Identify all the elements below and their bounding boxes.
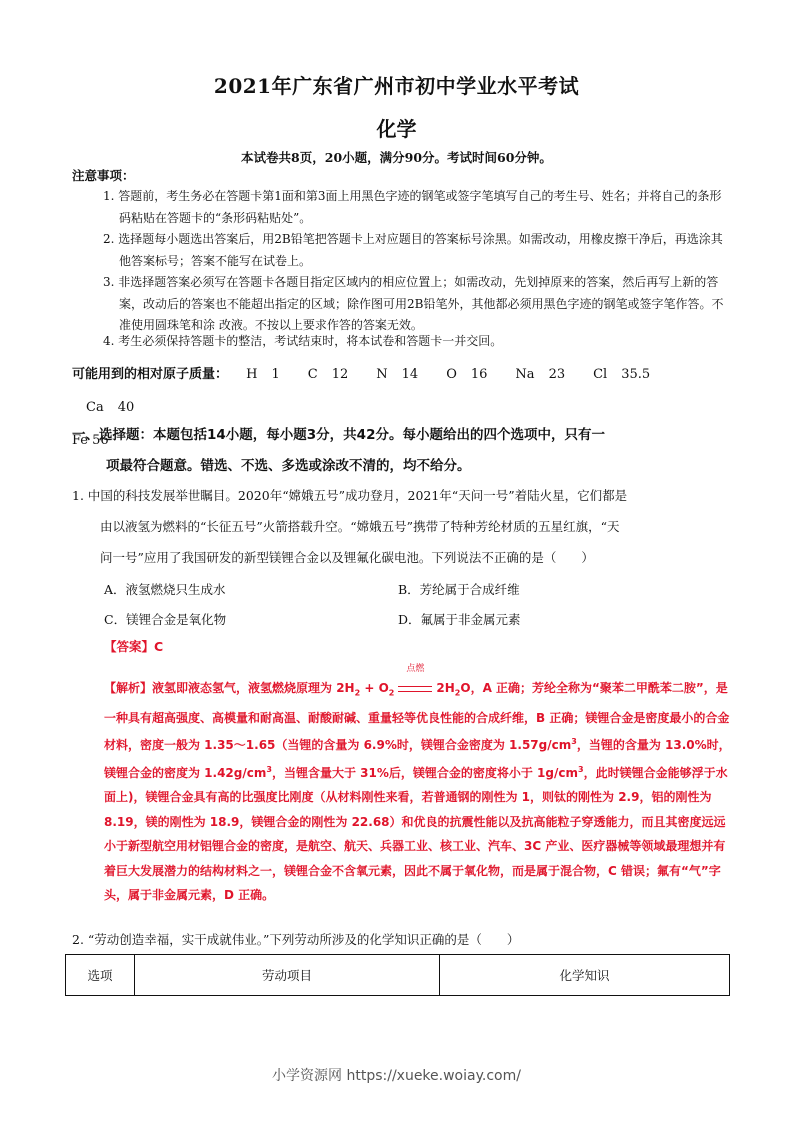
table-header-row: 选项 劳动项目 化学知识 [66,955,730,996]
reaction-condition: 点燃 [398,676,432,701]
atomic-pair: Na23 [515,358,579,391]
atomic-pair: Cl35.5 [593,358,664,391]
atomic-pair: C12 [308,358,363,391]
q2-table: 选项 劳动项目 化学知识 [65,954,730,996]
q1-answer: 【答案】C [104,637,163,655]
table-header-chemistry: 化学知识 [440,955,730,996]
q1-line3: 问一号”应用了我国研发的新型镁锂合金以及锂氟化碳电池。下列说法不正确的是（ ） [72,542,732,573]
question-2-stem: 2. “劳动创造幸福，实干成就伟业。”下列劳动所涉及的化学知识正确的是（ ） [72,930,519,948]
q1-line1: 1. 中国的科技发展举世瞩目。2020年“嫦娥五号”成功登月，2021年“天问一… [72,488,627,503]
notice-item-2: 2. 选择题每小题选出答案后，用2B铅笔把答题卡上对应题目的答案标号涂黑。如需改… [103,229,728,272]
exam-title: 2021年广东省广州市初中学业水平考试 [0,70,793,99]
notice-heading: 注意事项： [72,166,135,184]
footer-watermark: 小学资源网 https://xueke.woiay.com/ [0,1065,793,1085]
atomic-mass-label: 可能用到的相对原子质量： [72,367,228,382]
section-1-line1: 一、选择题：本题包括14小题，每小题3分，共42分。每小题给出的四个选项中，只有… [72,427,605,443]
section-1-line2: 项最符合题意。错选、不选、多选或涂改不清的，均不给分。 [72,451,732,482]
notice-item-4: 4. 考生必须保持答题卡的整洁，考试结束时，将本试卷和答题卡一并交回。 [103,331,728,353]
exam-meta: 本试卷共8页，20小题，满分90分。考试时间60分钟。 [0,148,793,166]
q1-option-d: D．氟属于非金属元素 [398,610,521,628]
answer-label: 【答案】 [104,639,154,654]
atomic-pair: N14 [376,358,432,391]
analysis-label: 【解析】 [104,681,152,695]
q1-option-b: B．芳纶属于合成纤维 [398,580,520,598]
q1-option-a: A．液氢燃烧只生成水 [104,580,226,598]
subject-title: 化学 [0,113,793,142]
notice-item-1: 1. 答题前，考生务必在答题卡第1面和第3面上用黑色字迹的钢笔或签字笔填写自己的… [103,186,728,229]
atomic-pair: H1 [246,358,294,391]
q1-analysis: 【解析】液氢即液态氢气，液氢燃烧原理为 2H2 + O2点燃2H2O，A 正确；… [104,676,732,908]
table-header-labor: 劳动项目 [135,955,440,996]
q1-option-c: C．镁锂合金是氧化物 [104,610,226,628]
question-1-stem: 1. 中国的科技发展举世瞩目。2020年“嫦娥五号”成功登月，2021年“天问一… [72,480,732,573]
answer-value: C [154,639,163,654]
notice-item-3: 3. 非选择题答案必须写在答题卡各题目指定区域内的相应位置上；如需改动，先划掉原… [103,272,728,337]
q1-line2: 由以液氢为燃料的“长征五号”火箭搭载升空。“嫦娥五号”携带了特种芳纶材质的五星红… [72,511,732,542]
table-header-option: 选项 [66,955,135,996]
section-1-heading: 一、选择题：本题包括14小题，每小题3分，共42分。每小题给出的四个选项中，只有… [72,420,732,482]
atomic-pair: O16 [446,358,501,391]
